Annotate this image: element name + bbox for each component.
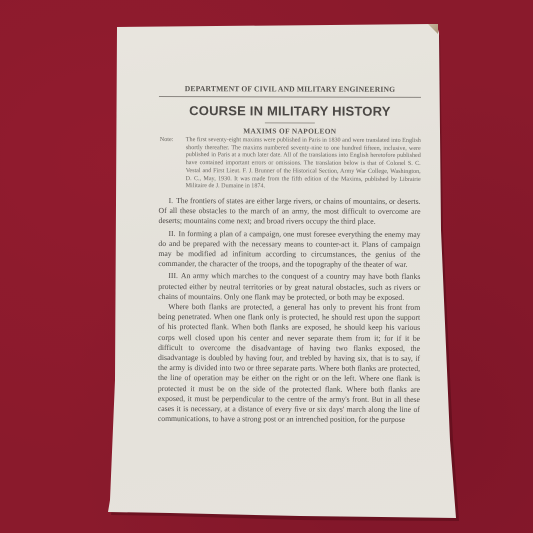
maxim-paragraph: I.The frontiers of states are either lar… xyxy=(159,196,421,228)
maxim-paragraph: II.In forming a plan of a campaign, one … xyxy=(158,229,420,271)
maxim-2: II.In forming a plan of a campaign, one … xyxy=(158,229,420,271)
page-title: COURSE IN MILITARY HISTORY xyxy=(159,103,421,119)
department-heading: DEPARTMENT OF CIVIL AND MILITARY ENGINEE… xyxy=(159,84,421,98)
maxim-number: II. xyxy=(168,229,175,238)
maxim-number: III. xyxy=(168,271,178,280)
note-text: The first seventy-eight maxims were publ… xyxy=(186,137,421,192)
maxim-number: I. xyxy=(169,196,174,205)
maxim-1: I.The frontiers of states are either lar… xyxy=(159,196,421,228)
maxim-text: An army which marches to the conquest of… xyxy=(158,271,420,301)
section-subtitle: MAXIMS OF NAPOLEON xyxy=(159,126,421,136)
maxim-text: Where both flanks are protected, a gener… xyxy=(158,302,420,424)
maxim-text: The frontiers of states are either large… xyxy=(159,196,421,226)
maxim-paragraph: Where both flanks are protected, a gener… xyxy=(158,302,420,425)
maxim-paragraph: III.An army which marches to the conques… xyxy=(158,271,420,303)
maxim-3: III.An army which marches to the conques… xyxy=(158,271,421,425)
title-divider xyxy=(265,122,315,123)
note-label: Note: xyxy=(159,137,186,191)
document-content: DEPARTMENT OF CIVIL AND MILITARY ENGINEE… xyxy=(158,84,421,427)
maxims-list: I.The frontiers of states are either lar… xyxy=(158,196,421,425)
translator-note: Note: The first seventy-eight maxims wer… xyxy=(159,137,421,192)
maxim-text: In forming a plan of a campaign, one mus… xyxy=(158,229,420,269)
